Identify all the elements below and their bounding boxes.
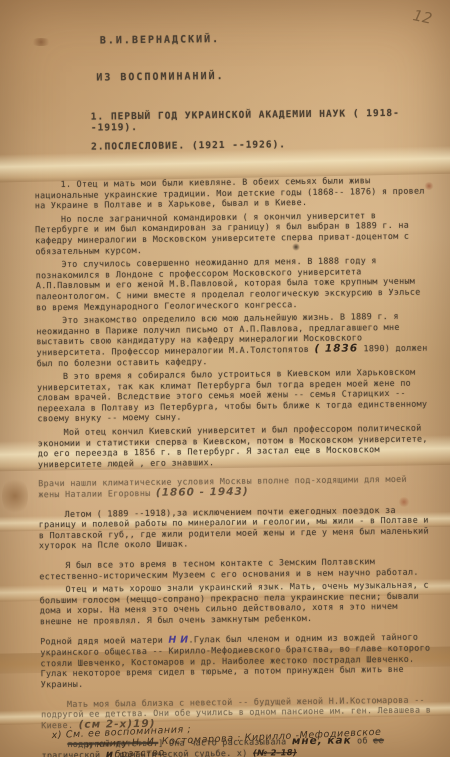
document-page: В.И.ВЕРНАДСКИЙ. ИЗ ВОСПОМИНАНИЙ. 1. ПЕРВ…	[0, 0, 450, 757]
typed-text: Я был все это время в тесном контакте с …	[39, 556, 418, 581]
paragraph: Но после заграничной командировки ( я ок…	[35, 209, 427, 256]
paragraph: В это время я собирался было устроиться …	[37, 367, 430, 425]
paragraph: Это знакомство определило всю мою дальне…	[36, 311, 429, 369]
typed-text: Летом ( 1889 --1918),за исключением почт…	[39, 505, 429, 551]
paragraph: Я был все это время в тесном контакте с …	[39, 555, 431, 581]
typed-text: Это случилось совершенно неожиданно для …	[36, 255, 421, 312]
typed-text: Отец и мать хорошо знали украинский язык…	[40, 580, 429, 627]
typed-text: 1. Отец и мать мои были киевляне. В обеи…	[35, 175, 425, 210]
document-title: ИЗ ВОСПОМИНАНИЙ.	[96, 68, 446, 83]
paragraph: Это случилось совершенно неожиданно для …	[36, 255, 429, 313]
paragraph: 1. Отец и мать мои были киевляне. В обеи…	[35, 175, 427, 212]
paragraph: Врачи нашли климатические условия Москвы…	[38, 474, 430, 500]
typed-text: Но после заграничной командировки ( я ок…	[35, 210, 409, 256]
typed-text: Мой отец кончил Киевский университет и б…	[38, 423, 428, 469]
chapter-heading-1: 1. ПЕРВЫЙ ГОД УКРАИНСКОЙ АКАДЕМИИ НАУК (…	[91, 107, 447, 133]
paragraph: Летом ( 1889 --1918),за исключением почт…	[39, 504, 431, 551]
handwritten-annotation: ( 1836	[314, 342, 358, 355]
document-author: В.И.ВЕРНАДСКИЙ.	[100, 31, 446, 46]
chapter-heading-2: 2.ПОСЛЕСЛОВИЕ. (1921 --1926).	[91, 137, 447, 152]
typed-text: Родной дядя моей матери	[40, 634, 168, 646]
paragraph: Родной дядя моей матери Н И.Гулак был чл…	[40, 631, 433, 690]
paragraph: Мой отец кончил Киевский университет и б…	[38, 423, 430, 470]
memoir-text: 1. Отец и мать мои были киевляне. В обеи…	[35, 175, 434, 757]
typed-text: В это время я собирался было устроиться …	[37, 367, 427, 424]
handwritten-annotation: (1860 - 1943)	[156, 486, 249, 499]
handwritten-annotation: Н И	[168, 634, 188, 645]
paragraph: Отец и мать хорошо знали украинский язык…	[39, 580, 431, 627]
